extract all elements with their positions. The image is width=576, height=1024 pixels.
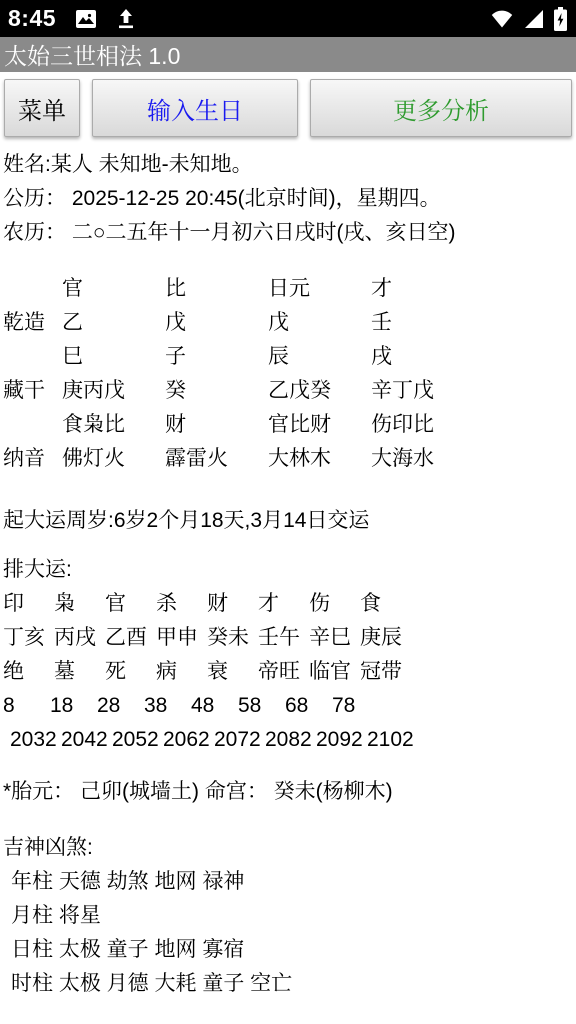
pillar-cell: 辰: [268, 340, 371, 374]
dayun-cell: 2092: [316, 723, 367, 757]
dayun-cell: 官: [105, 587, 156, 621]
dayun-years-row: 2032 2042 2052 2062 2072 2082 2092 2102: [3, 723, 573, 757]
dayun-cell: 2102: [367, 723, 418, 757]
dayun-table: 印 枭 官 杀 财 才 伤 食 丁亥 丙戌 乙酉 甲申 癸未 壬午 辛巳 庚辰 …: [3, 587, 573, 757]
dayun-cell: 2042: [61, 723, 112, 757]
toolbar: 菜单 输入生日 更多分析: [0, 72, 576, 137]
pillars-zhi-row: 巳 子 辰 戌: [3, 340, 573, 374]
dayun-shishen-row: 印 枭 官 杀 财 才 伤 食: [3, 587, 573, 621]
pillar-cell: 财: [165, 408, 268, 442]
more-analysis-button[interactable]: 更多分析: [310, 79, 572, 137]
app-screen: 8:45 太始三世相法 1.0 菜单 输入生日 更多分析: [0, 0, 576, 1024]
pillars-row-label: [3, 340, 62, 374]
pillars-row-label: 纳音: [3, 442, 62, 476]
dayun-cell: 2032: [10, 723, 61, 757]
shensha-day-pillar-line: 日柱 太极 童子 地网 寡宿: [3, 933, 573, 967]
name-line: 姓名:某人 未知地-未知地。: [3, 148, 573, 182]
dayun-cell: 帝旺: [258, 655, 309, 689]
clock: 8:45: [8, 5, 56, 32]
dayun-cell: 38: [144, 689, 191, 723]
dayun-cell: 枭: [54, 587, 105, 621]
pillar-cell: 乙: [62, 306, 165, 340]
pillars-shishen-row: 官 比 日元 才: [3, 272, 573, 306]
dayun-cell: 才: [258, 587, 309, 621]
pillar-cell: 佛灯火: [62, 442, 165, 476]
app-title: 太始三世相法 1.0: [4, 38, 180, 71]
dayun-cell: 癸未: [207, 621, 258, 655]
pillars-row-label: 藏干: [3, 374, 62, 408]
dayun-ages-row: 8 18 28 38 48 58 68 78: [3, 689, 573, 723]
dayun-cell: 丁亥: [3, 621, 54, 655]
pillar-cell: 比: [165, 272, 268, 306]
dayun-cell: 48: [191, 689, 238, 723]
pillars-canggan-row: 藏干 庚丙戊 癸 乙戊癸 辛丁戊: [3, 374, 573, 408]
pillar-cell: 伤印比: [371, 408, 474, 442]
pillar-cell: 官比财: [268, 408, 371, 442]
photo-notification-icon: [74, 7, 98, 31]
four-pillars-table: 官 比 日元 才 乾造 乙 戊 戊 壬 巳 子 辰 戌 藏干 庚丙戊: [3, 272, 573, 476]
dayun-cell: 辛巳: [309, 621, 360, 655]
dayun-cell: 2062: [163, 723, 214, 757]
pillar-cell: 霹雷火: [165, 442, 268, 476]
dayun-cell: 病: [156, 655, 207, 689]
dayun-cell: 78: [332, 689, 379, 723]
dayun-cell: 冠带: [360, 655, 411, 689]
battery-charging-icon: [553, 6, 568, 32]
pillar-cell: 大林木: [268, 442, 371, 476]
app-title-bar: 太始三世相法 1.0: [0, 37, 576, 72]
taiyuan-minggong-line: *胎元： 己卯(城墙土) 命宫： 癸未(杨柳木): [3, 775, 573, 809]
pillar-cell: 戊: [165, 306, 268, 340]
cell-signal-icon: [522, 7, 546, 31]
dayun-ganzhi-row: 丁亥 丙戌 乙酉 甲申 癸未 壬午 辛巳 庚辰: [3, 621, 573, 655]
pillars-row-label: [3, 272, 62, 306]
dayun-cell: 印: [3, 587, 54, 621]
dayun-cell: 2052: [112, 723, 163, 757]
pillar-cell: 子: [165, 340, 268, 374]
upload-notification-icon: [114, 7, 138, 31]
pillar-cell: 戊: [268, 306, 371, 340]
dayun-cell: 2072: [214, 723, 265, 757]
pillars-row-label: [3, 408, 62, 442]
dayun-cell: 壬午: [258, 621, 309, 655]
pillars-gan-row: 乾造 乙 戊 戊 壬: [3, 306, 573, 340]
pillar-cell: 壬: [371, 306, 474, 340]
lunar-date-line: 农历： 二○二五年十一月初六日戌时(戌、亥日空): [3, 216, 573, 250]
dayun-changsheng-row: 绝 墓 死 病 衰 帝旺 临官 冠带: [3, 655, 573, 689]
status-bar: 8:45: [0, 0, 576, 37]
dayun-cell: 伤: [309, 587, 360, 621]
dayun-cell: 58: [238, 689, 285, 723]
dayun-cell: 68: [285, 689, 332, 723]
dayun-cell: 绝: [3, 655, 54, 689]
bazi-chart-content: 姓名:某人 未知地-未知地。 公历： 2025-12-25 20:45(北京时间…: [0, 137, 576, 1001]
dayun-cell: 杀: [156, 587, 207, 621]
shensha-hour-pillar-line: 时柱 太极 月德 大耗 童子 空亡: [3, 967, 573, 1001]
dayun-cell: 2082: [265, 723, 316, 757]
dayun-cell: 丙戌: [54, 621, 105, 655]
solar-date-line: 公历： 2025-12-25 20:45(北京时间)，星期四。: [3, 182, 573, 216]
pillar-cell: 戌: [371, 340, 474, 374]
pillar-cell: 癸: [165, 374, 268, 408]
input-birthday-button[interactable]: 输入生日: [92, 79, 298, 137]
dayun-cell: 庚辰: [360, 621, 411, 655]
shensha-year-pillar-line: 年柱 天德 劫煞 地网 禄神: [3, 865, 573, 899]
pillars-row-label: 乾造: [3, 306, 62, 340]
dayun-start-line: 起大运周岁:6岁2个月18天,3月14日交运: [3, 504, 573, 538]
pillar-cell: 乙戊癸: [268, 374, 371, 408]
shensha-heading: 吉神凶煞:: [3, 831, 573, 865]
dayun-cell: 财: [207, 587, 258, 621]
dayun-cell: 死: [105, 655, 156, 689]
shensha-list: 年柱 天德 劫煞 地网 禄神 月柱 将星 日柱 太极 童子 地网 寡宿 时柱 太…: [3, 865, 573, 1001]
menu-button[interactable]: 菜单: [4, 79, 80, 137]
dayun-cell: 临官: [309, 655, 360, 689]
pillar-cell: 日元: [268, 272, 371, 306]
dayun-cell: 衰: [207, 655, 258, 689]
dayun-cell: 18: [50, 689, 97, 723]
dayun-heading: 排大运:: [3, 553, 573, 587]
pillar-cell: 食枭比: [62, 408, 165, 442]
pillars-nayin-row: 纳音 佛灯火 霹雷火 大林木 大海水: [3, 442, 573, 476]
shensha-month-pillar-line: 月柱 将星: [3, 899, 573, 933]
pillar-cell: 才: [371, 272, 474, 306]
dayun-cell: 墓: [54, 655, 105, 689]
pillar-cell: 官: [62, 272, 165, 306]
dayun-cell: 8: [3, 689, 50, 723]
dayun-cell: 甲申: [156, 621, 207, 655]
pillar-cell: 大海水: [371, 442, 474, 476]
pillar-cell: 庚丙戊: [62, 374, 165, 408]
dayun-cell: 28: [97, 689, 144, 723]
dayun-cell: 乙酉: [105, 621, 156, 655]
pillar-cell: 辛丁戊: [371, 374, 474, 408]
pillar-cell: 巳: [62, 340, 165, 374]
wifi-icon: [489, 7, 515, 31]
dayun-cell: 食: [360, 587, 411, 621]
pillars-canggan-shishen-row: 食枭比 财 官比财 伤印比: [3, 408, 573, 442]
